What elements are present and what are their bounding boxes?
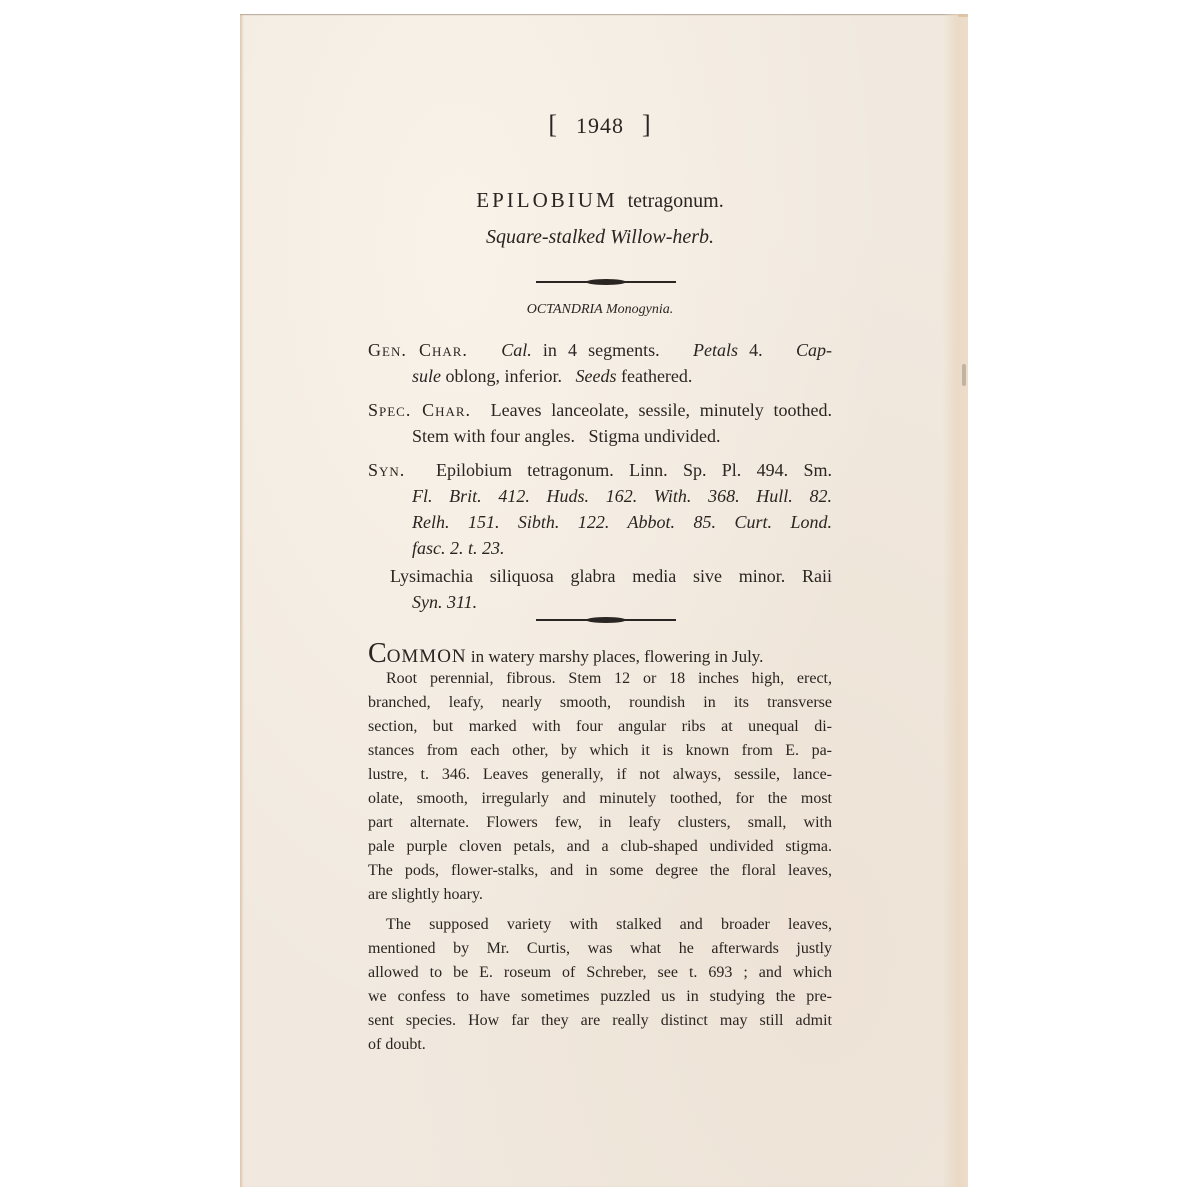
para1-line: stances from each other, by which it is … [368, 742, 832, 760]
para1-line: lustre, t. 346. Leaves generally, if not… [368, 766, 832, 784]
species-title: EPILOBIUMtetragonum. [368, 188, 832, 213]
synonym-text: Epilobium tetragonum. Linn. Sp. Pl. 494.… [436, 460, 832, 480]
species-epithet: tetragonum. [628, 190, 724, 212]
gen-char-line-2: sule oblong, inferior. Seeds feathered. [412, 366, 832, 387]
lead-word: OMMON [387, 646, 467, 667]
syn-line-4: fasc. 2. t. 23. [412, 538, 832, 559]
gen-char-text: Cap- [796, 340, 832, 360]
para2-line: sent species. How far they are really di… [368, 1012, 832, 1030]
gen-char-text: feathered. [616, 366, 692, 386]
para2-line: mentioned by Mr. Curtis, was what he aft… [368, 940, 832, 958]
lysimachia-line-1: Lysimachia siliquosa glabra media sive m… [390, 566, 832, 587]
para1-line: part alternate. Flowers few, in leafy cl… [368, 814, 832, 832]
gen-char-text: Petals [693, 340, 738, 360]
para1-line: The pods, flower-stalks, and in some deg… [368, 862, 832, 880]
para2-line: allowed to be E. roseum of Schreber, see… [368, 964, 832, 982]
lead-text: in watery marshy places, flowering in Ju… [467, 647, 764, 666]
common-name: Square-stalked Willow-herb. [368, 226, 832, 249]
para1-line: section, but marked with four angular ri… [368, 718, 832, 736]
ornamental-rule [536, 281, 676, 283]
syn-line-3: Relh. 151. Sibth. 122. Abbot. 85. Curt. … [412, 512, 832, 533]
description-lead: COMMON in watery marshy places, flowerin… [368, 638, 832, 670]
classification: OCTANDRIA Monogynia. [368, 302, 832, 318]
para1-line: branched, leafy, nearly smooth, roundish… [368, 694, 832, 712]
book-page: [1948] EPILOBIUMtetragonum. Square-stalk… [240, 14, 968, 1187]
torn-corner [958, 14, 968, 17]
deckled-edge [942, 14, 968, 1187]
plate-number-value: 1948 [576, 113, 624, 138]
para1-line: Root perennial, fibrous. Stem 12 or 18 i… [386, 670, 832, 688]
para1-line: are slightly hoary. [368, 886, 832, 904]
syn-line-2: Fl. Brit. 412. Huds. 162. With. 368. Hul… [412, 486, 832, 507]
gen-char-text: Seeds [575, 366, 616, 386]
lysimachia-line-2: Syn. 311. [412, 592, 832, 613]
spec-char-line-1: Spec. Char. Leaves lanceolate, sessile, … [368, 400, 832, 421]
edge-mark [962, 364, 966, 386]
spec-char-line-2: Stem with four angles. Stigma undivided. [412, 426, 832, 447]
para2-line: we confess to have sometimes puzzled us … [368, 988, 832, 1006]
para2-line: The supposed variety with stalked and br… [386, 916, 832, 934]
gen-char-text: sule [412, 366, 441, 386]
para1-line: olate, smooth, irregularly and minutely … [368, 790, 832, 808]
gen-char-text: 4. [738, 340, 763, 360]
gen-char-text: Cal. [501, 340, 532, 360]
syn-label: Syn. [368, 460, 405, 480]
syn-line-1: Syn. Epilobium tetragonum. Linn. Sp. Pl.… [368, 460, 832, 481]
genus-name: EPILOBIUM [476, 188, 617, 212]
ornamental-rule [536, 619, 676, 621]
spec-char-text: Leaves lanceolate, sessile, minutely too… [491, 400, 832, 420]
drop-cap: C [368, 638, 387, 669]
para1-line: pale purple cloven petals, and a club-sh… [368, 838, 832, 856]
bracket-open: [ [530, 110, 576, 139]
para2-line: of doubt. [368, 1036, 832, 1054]
bracket-close: ] [624, 110, 670, 139]
gen-char-line-1: Gen. Char. Cal. in 4 segments. Petals 4.… [368, 340, 832, 361]
plate-number: [1948] [368, 110, 832, 140]
gen-char-label: Gen. Char. [368, 340, 468, 360]
gen-char-text: oblong, inferior. [441, 366, 562, 386]
spec-char-label: Spec. Char. [368, 400, 471, 420]
gen-char-text: in 4 segments. [532, 340, 660, 360]
